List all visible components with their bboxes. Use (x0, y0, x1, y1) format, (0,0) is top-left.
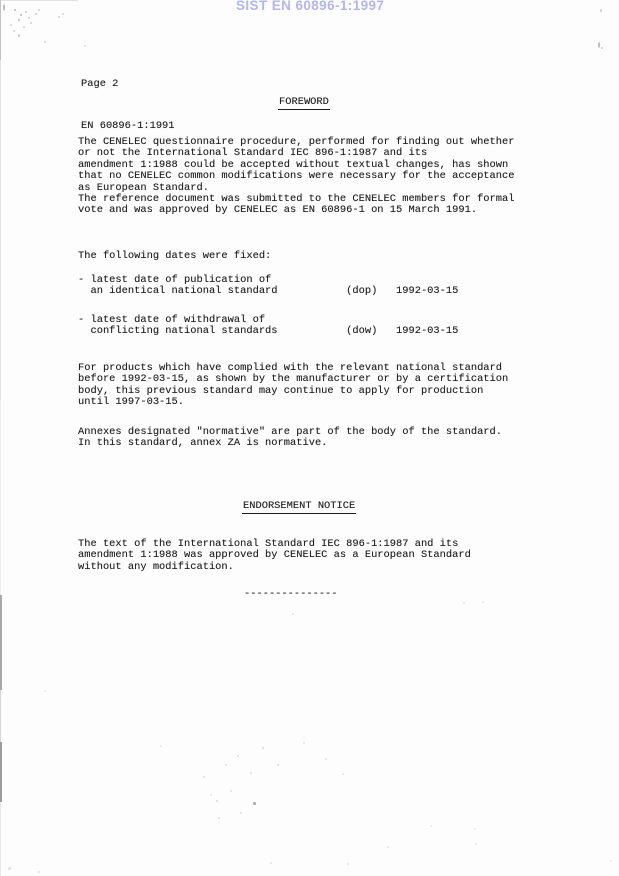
date-item-dow: - latest date of withdrawal of conflicti… (78, 315, 458, 338)
scan-speckle (38, 871, 40, 873)
scan-speckle (262, 747, 264, 749)
scan-speckle (225, 764, 227, 766)
scan-speckle (601, 47, 603, 49)
page-edge-line (0, 400, 1, 595)
page-edge-line (0, 60, 1, 400)
scan-speckle (387, 846, 389, 848)
page-edge-line (0, 0, 78, 1)
scan-speckle (10, 24, 12, 26)
endorsement-body-paragraph: The text of the International Standard I… (78, 539, 471, 573)
scan-speckle (430, 825, 432, 827)
scan-speckle (277, 764, 279, 766)
scan-speckle (303, 742, 305, 744)
scan-speckle (216, 800, 218, 802)
scan-speckle (598, 42, 600, 48)
scan-speckle (84, 45, 86, 47)
scan-speckle (270, 862, 272, 864)
date-item-dop: - latest date of publication of an ident… (78, 275, 458, 298)
scan-speckle (203, 776, 205, 778)
scan-speckle (160, 745, 162, 747)
scan-speckle (8, 867, 11, 870)
scan-speckle (342, 773, 344, 775)
scan-speckle (250, 772, 252, 774)
standard-reference: EN 60896-1:1991 (81, 119, 175, 133)
dates-fixed-intro: The following dates were fixed: (78, 251, 271, 262)
page-number: Page 2 (81, 77, 175, 91)
scan-speckle (463, 602, 465, 604)
scan-speckle (218, 817, 220, 819)
scan-speckle (325, 758, 327, 760)
page-edge-line (0, 595, 2, 690)
scan-speckle (23, 26, 25, 28)
scan-speckle (14, 9, 16, 11)
scan-speckle (13, 30, 15, 32)
scan-speckle (35, 13, 37, 15)
scan-speckle (25, 11, 27, 13)
foreword-title: FOREWORD (278, 97, 330, 110)
scan-speckle (600, 9, 602, 12)
scan-speckle (474, 828, 476, 830)
scan-speckle (482, 601, 484, 603)
scan-speckle (3, 4, 5, 11)
scan-speckle (28, 17, 30, 19)
scan-speckle (240, 812, 242, 814)
foreword-intro-paragraph: The CENELEC questionnaire procedure, per… (78, 137, 514, 217)
products-transition-paragraph: For products which have complied with th… (78, 363, 508, 409)
scan-speckle (210, 794, 212, 796)
page-edge-line (0, 742, 2, 802)
scan-speckle (62, 13, 64, 15)
scan-speckle (58, 16, 60, 18)
page-edge-line (0, 690, 1, 742)
scan-speckle (18, 19, 20, 21)
page-edge-line (0, 802, 1, 876)
scan-speckle (30, 22, 32, 24)
scan-speckle (237, 755, 239, 757)
scan-speckle (18, 34, 20, 37)
scan-speckle (292, 613, 294, 615)
end-of-notice-divider: --------------- (244, 589, 338, 600)
scan-speckle (347, 863, 349, 865)
sist-watermark-text: SIST EN 60896-1:1997 (236, 0, 384, 13)
scan-speckle (253, 802, 256, 805)
scan-speckle (475, 843, 477, 845)
scan-speckle (44, 690, 46, 692)
scan-speckle (610, 860, 612, 862)
document-page: SIST EN 60896-1:1997 Page 2 EN 60896-1:1… (0, 0, 619, 876)
page-edge-line (0, 0, 1, 60)
annex-note-paragraph: Annexes designated "normative" are part … (78, 427, 502, 450)
scan-speckle (230, 790, 232, 792)
scan-speckle (20, 14, 22, 16)
scan-speckle (38, 9, 40, 11)
scan-speckle (44, 41, 46, 43)
endorsement-notice-title: ENDORSEMENT NOTICE (242, 501, 356, 514)
